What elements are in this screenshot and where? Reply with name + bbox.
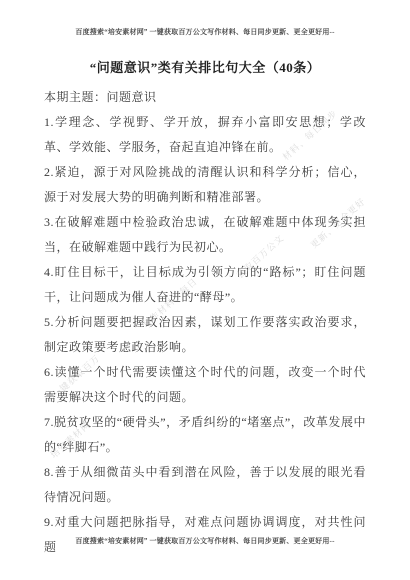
list-item-3: 3.在破解难题中检验政治忠诚，在破解难题中体现务实担当，在破解难题中践行为民初心… [44,210,366,260]
document-title: “问题意识”类有关排比句大全（40条） [0,57,410,76]
list-item-1: 1.学理念、学视野、学开放，摒弃小富即安思想；学改革、学效能、学服务，奋起直追冲… [44,110,366,160]
list-item-9: 9.对重大问题把脉指导，对难点问题协调调度，对共性问题 [44,510,366,560]
topic-line: 本期主题：问题意识 [44,85,366,110]
list-item-8: 8.善于从细微苗头中看到潜在风险，善于以发展的眼光看待情况问题。 [44,460,366,510]
list-item-5: 5.分析问题要把握政治因素，谋划工作要落实政治要求，制定政策要考虑政治影响。 [44,310,366,360]
list-item-4: 4.盯住目标干，让目标成为引领方向的“路标”；盯住问题干，让问题成为催人奋进的“… [44,260,366,310]
list-item-6: 6.读懂一个时代需要读懂这个时代的问题，改变一个时代需要解决这个时代的问题。 [44,360,366,410]
page-header-note: 百度搜索“培安素材网” 一键获取百万公文写作材料、每日同步更新、更全更好用-- [0,27,410,37]
document-body: 本期主题：问题意识 1.学理念、学视野、学开放，摒弃小富即安思想；学改革、学效能… [44,85,366,560]
list-item-2: 2.紧迫，源于对风险挑战的清醒认识和科学分析；信心，源于对发展大势的明确判断和精… [44,160,366,210]
list-item-7: 7.脱贫攻坚的“硬骨头”，矛盾纠纷的“堵塞点”，改革发展中的“绊脚石”。 [44,410,366,460]
page-footer-note: 百度搜索“培安素材网” 一键获取百万公文写作材料、每日同步更新、更全更好用-- [0,536,410,546]
document-page: 百度搜索“培安素材网” 一键获取百万公文写作材料、每日同步更新、更全更好用-- … [0,0,410,580]
